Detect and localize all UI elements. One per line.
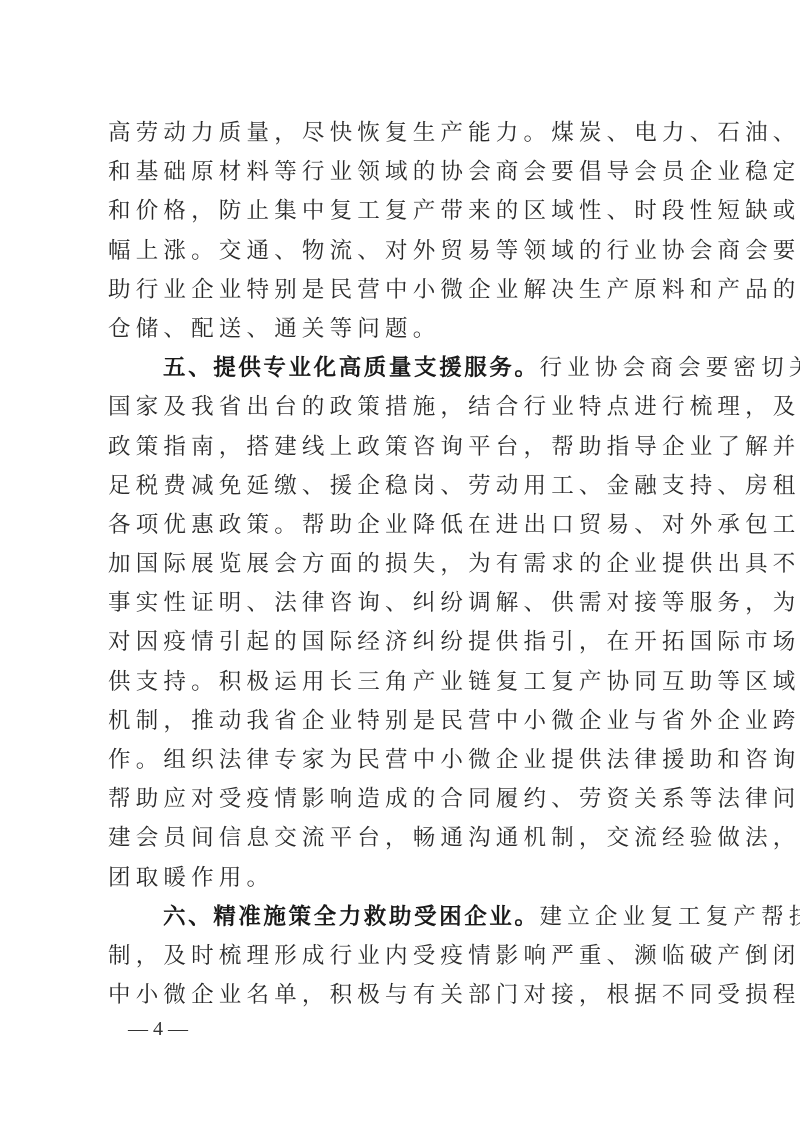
page-number: — 4 — bbox=[128, 1018, 188, 1041]
text-line: 制，及时梳理形成行业内受疫情影响严重、濒临破产倒闭的民营 bbox=[108, 937, 696, 976]
body-text: 高劳动力质量，尽快恢复生产能力。煤炭、电力、石油、天然气 和基础原材料等行业领域… bbox=[108, 114, 696, 1015]
section-6-heading: 六、精准施策全力救助受困企业。 bbox=[163, 904, 540, 930]
text-line: 助行业企业特别是民营中小微企业解决生产原料和产品的运输、 bbox=[108, 271, 696, 310]
text-line: 幅上涨。交通、物流、对外贸易等领域的行业协会商会要积极帮 bbox=[108, 232, 696, 271]
document-page: 高劳动力质量，尽快恢复生产能力。煤炭、电力、石油、天然气 和基础原材料等行业领域… bbox=[0, 0, 800, 1142]
text-line: 高劳动力质量，尽快恢复生产能力。煤炭、电力、石油、天然气 bbox=[108, 114, 696, 153]
section-6-first-line-text: 建立企业复工复产帮扶机 bbox=[540, 904, 800, 930]
section-5-first-line-text: 行业协会商会要密切关注 bbox=[540, 355, 800, 381]
text-line: 团取暖作用。 bbox=[108, 859, 696, 898]
text-line: 各项优惠政策。帮助企业降低在进出口贸易、对外承包工程和参 bbox=[108, 506, 696, 545]
section-5-first-line: 五、提供专业化高质量支援服务。行业协会商会要密切关注 bbox=[108, 349, 696, 388]
text-line: 事实性证明、法律咨询、纠纷调解、供需对接等服务，为企业应 bbox=[108, 584, 696, 623]
text-line: 政策指南，搭建线上政策咨询平台，帮助指导企业了解并用好用 bbox=[108, 428, 696, 467]
text-line: 供支持。积极运用长三角产业链复工复产协同互助等区域内协作 bbox=[108, 663, 696, 702]
text-line: 作。组织法律专家为民营中小微企业提供法律援助和咨询服务， bbox=[108, 741, 696, 780]
section-6-first-line: 六、精准施策全力救助受困企业。建立企业复工复产帮扶机 bbox=[108, 898, 696, 937]
text-line: 仓储、配送、通关等问题。 bbox=[108, 310, 696, 349]
text-line: 机制，推动我省企业特别是民营中小微企业与省外企业跨区域合 bbox=[108, 702, 696, 741]
text-line: 建会员间信息交流平台，畅通沟通机制，交流经验做法，发挥抱 bbox=[108, 819, 696, 858]
text-line: 和基础原材料等行业领域的协会商会要倡导会员企业稳定供应 bbox=[108, 153, 696, 192]
section-5-heading: 五、提供专业化高质量支援服务。 bbox=[163, 355, 540, 381]
text-line: 对因疫情引起的国际经济纠纷提供指引，在开拓国际市场方面提 bbox=[108, 623, 696, 662]
text-line: 足税费减免延缴、援企稳岗、劳动用工、金融支持、房租补贴等 bbox=[108, 467, 696, 506]
text-line: 帮助应对受疫情影响造成的合同履约、劳资关系等法律问题。搭 bbox=[108, 780, 696, 819]
text-line: 和价格，防止集中复工复产带来的区域性、时段性短缺或价格大 bbox=[108, 192, 696, 231]
text-line: 中小微企业名单，积极与有关部门对接，根据不同受损程度，协 bbox=[108, 976, 696, 1015]
text-line: 国家及我省出台的政策措施，结合行业特点进行梳理，及时编印 bbox=[108, 388, 696, 427]
text-line: 加国际展览展会方面的损失，为有需求的企业提供出具不可抗力 bbox=[108, 545, 696, 584]
